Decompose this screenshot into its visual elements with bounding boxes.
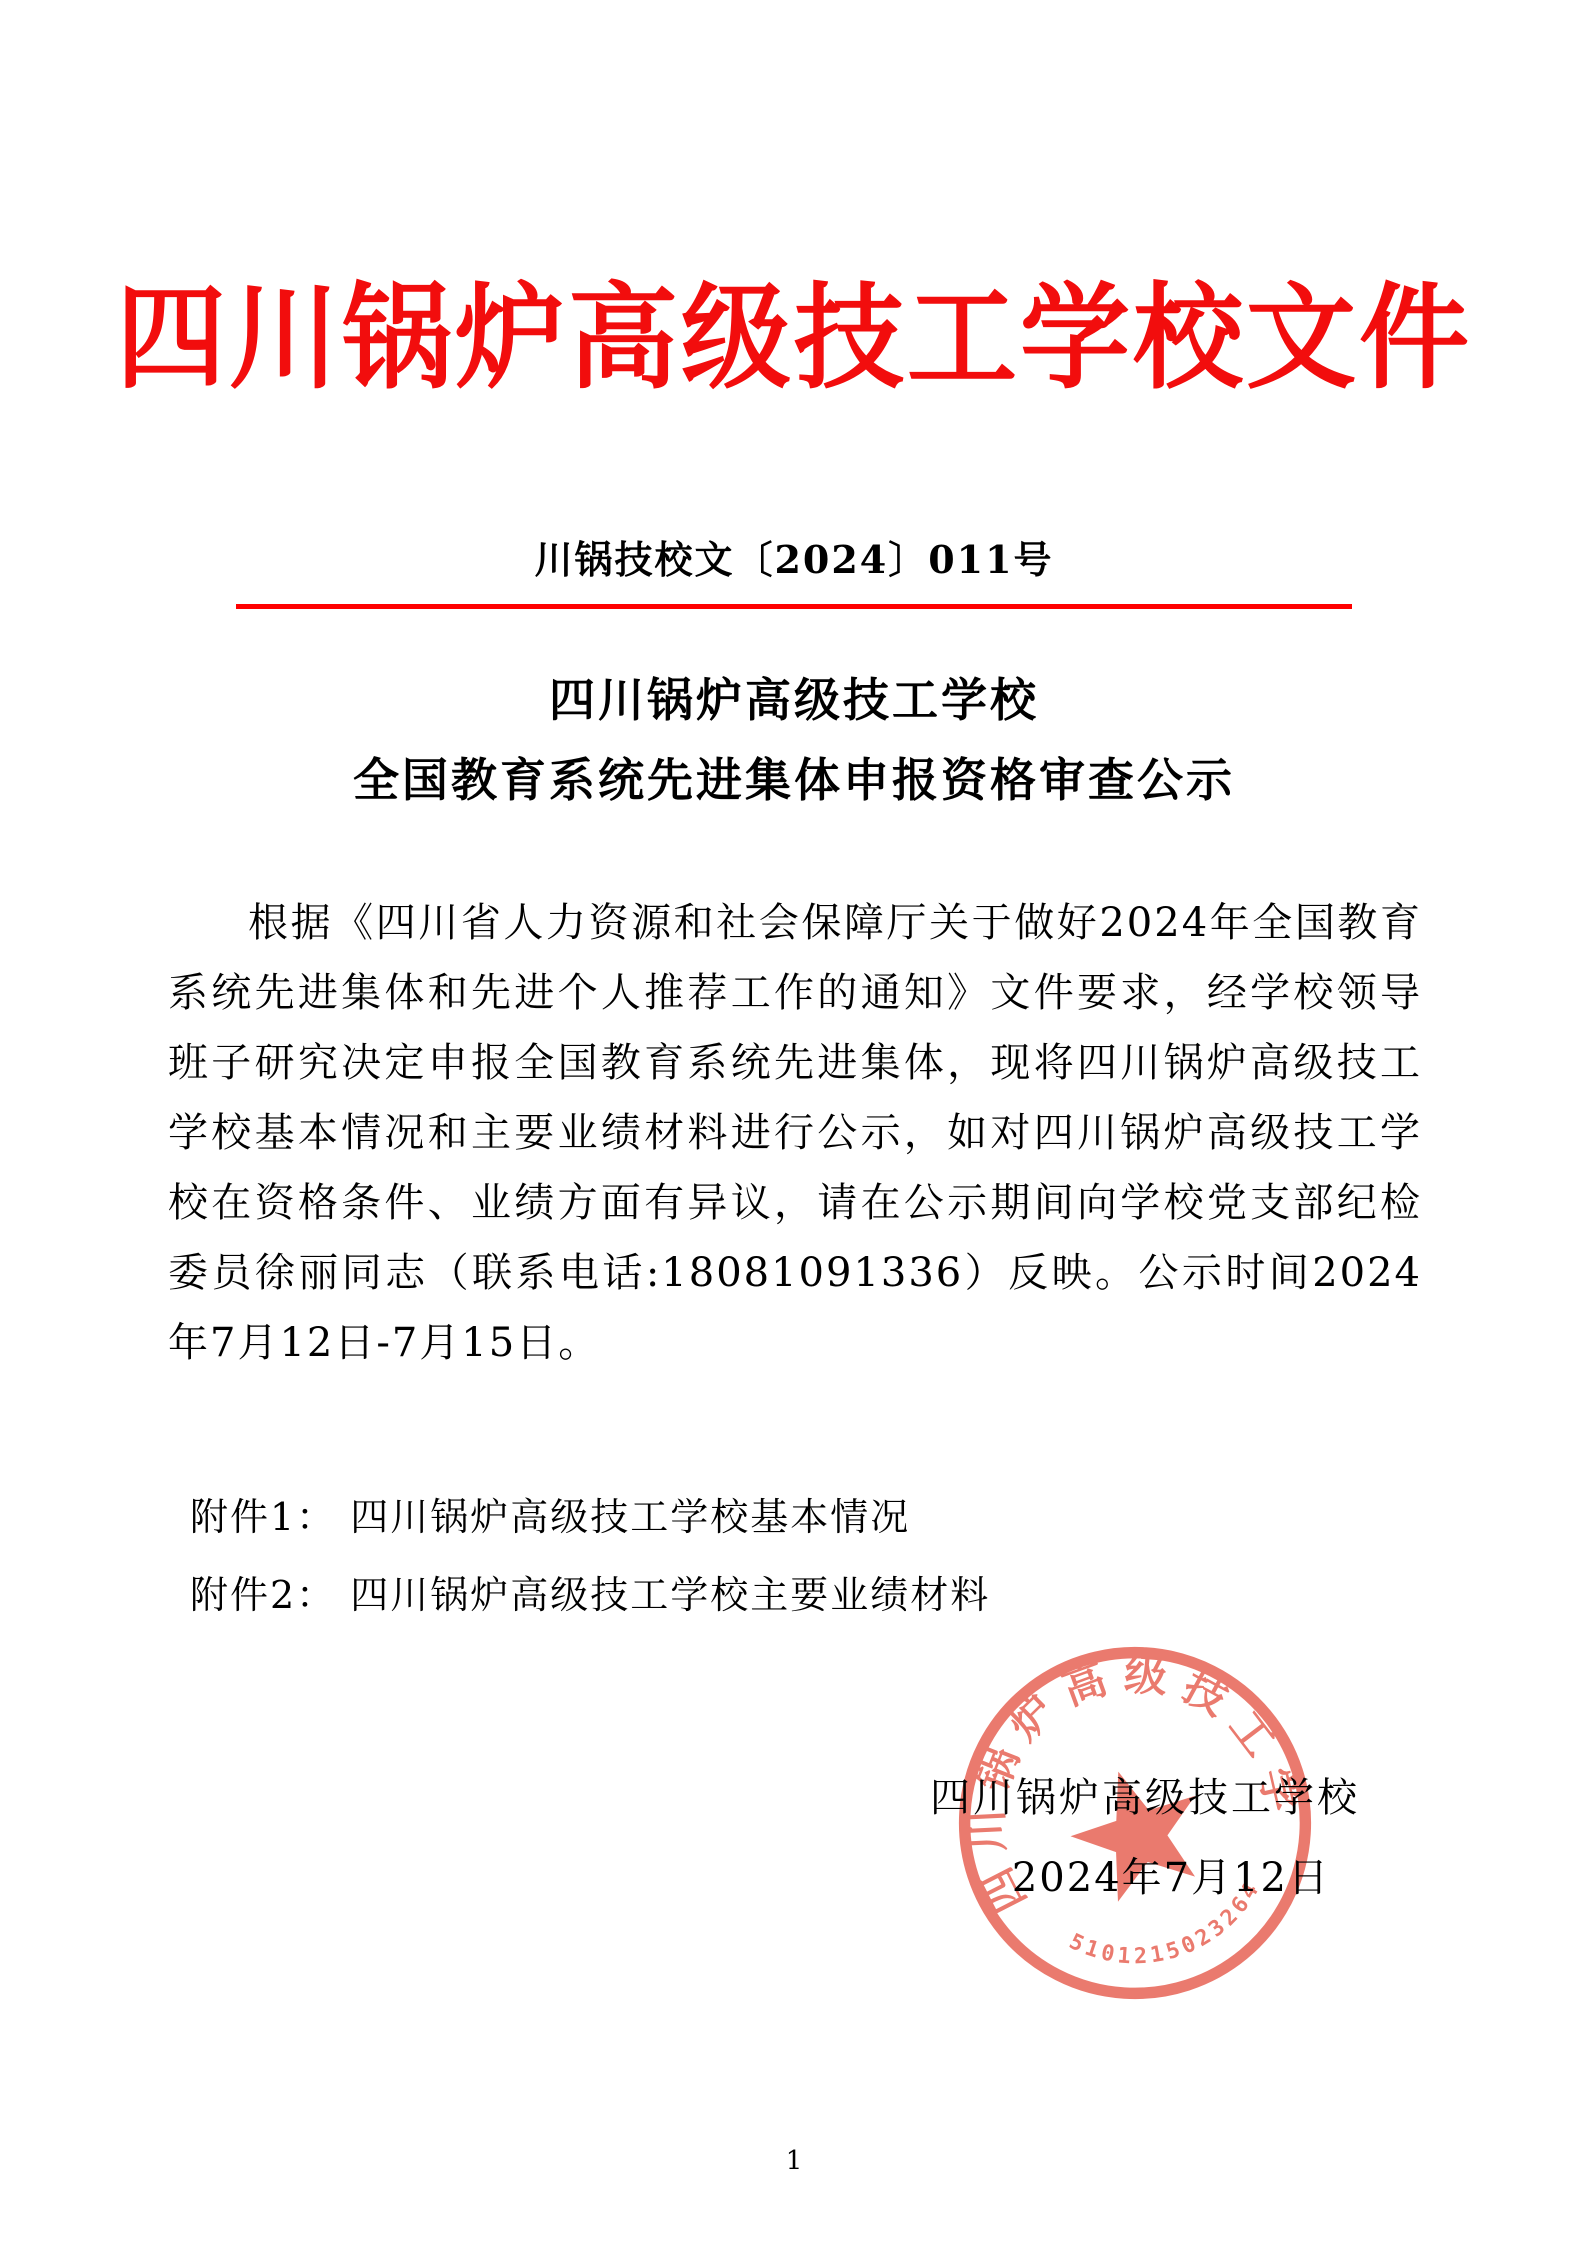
page-number: 1 (0, 2146, 1588, 2176)
signature-date: 2024年7月12日 (0, 1848, 1588, 1908)
banner-title: 四川锅炉高级技工学校文件 (0, 255, 1588, 421)
document-title: 四川锅炉高级技工学校 全国教育系统先进集体申报资格审查公示 (0, 660, 1588, 820)
document-title-line2: 全国教育系统先进集体申报资格审查公示 (0, 740, 1588, 820)
attachment-item-1: 附件1： 四川锅炉高级技工学校基本情况 (190, 1478, 1430, 1556)
signature-name: 四川锅炉高级技工学校 (0, 1768, 1588, 1828)
attachment-list: 附件1： 四川锅炉高级技工学校基本情况 附件2： 四川锅炉高级技工学校主要业绩材… (190, 1478, 1430, 1634)
document-title-line1: 四川锅炉高级技工学校 (0, 660, 1588, 740)
red-separator-rule (236, 604, 1352, 609)
document-page: 四川锅炉高级技工学校文件 川锅技校文〔2024〕011号 四川锅炉高级技工学校 … (0, 0, 1588, 2245)
doc-number: 川锅技校文〔2024〕011号 (0, 532, 1588, 588)
attachment-item-2: 附件2： 四川锅炉高级技工学校主要业绩材料 (190, 1556, 1430, 1634)
body-paragraph: 根据《四川省人力资源和社会保障厅关于做好2024年全国教育系统先进集体和先进个人… (168, 888, 1422, 1378)
